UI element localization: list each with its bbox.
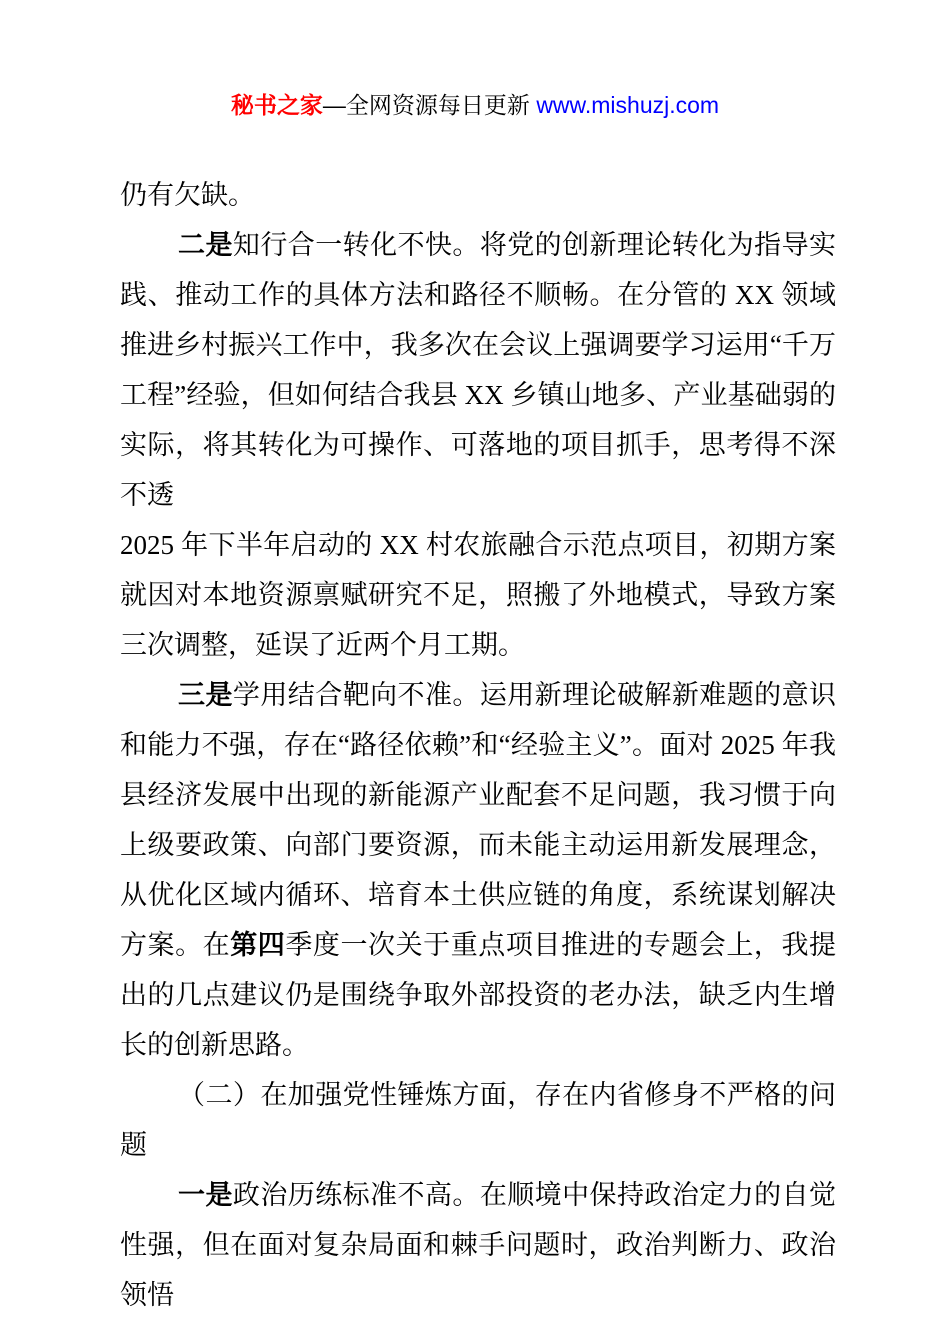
text-run: 2025 年下半年启动的 XX 村农旅融合示范点项目，初期方案就因对本地资源禀赋… [120,530,836,660]
paragraph: 仍有欠缺。 [120,170,836,220]
text-run: 第四 [230,930,285,960]
text-run: 知行合一转化不快。将党的创新理论转化为指导实践、推动工作的具体方法和路径不顺畅。… [120,230,836,510]
paragraph: （二）在加强党性锤炼方面，存在内省修身不严格的问题 [120,1070,836,1170]
paragraph: 一是政治历练标准不高。在顺境中保持政治定力的自觉性强，但在面对复杂局面和棘手问题… [120,1170,836,1320]
text-run: 二是 [178,230,233,260]
paragraph: 三是学用结合靶向不准。运用新理论破解新难题的意识和能力不强，存在“路径依赖”和“… [120,670,836,1070]
site-url-link[interactable]: www.mishuzj.com [536,92,719,118]
text-run: （二）在加强党性锤炼方面，存在内省修身不严格的问题 [120,1080,836,1160]
site-tagline: —全网资源每日更新 [323,92,536,118]
document-body: 仍有欠缺。二是知行合一转化不快。将党的创新理论转化为指导实践、推动工作的具体方法… [120,170,836,1320]
paragraph: 二是知行合一转化不快。将党的创新理论转化为指导实践、推动工作的具体方法和路径不顺… [120,220,836,520]
document-page: 秘书之家—全网资源每日更新 www.mishuzj.com 仍有欠缺。二是知行合… [0,0,950,1344]
text-run: 三是 [178,680,233,710]
page-header: 秘书之家—全网资源每日更新 www.mishuzj.com [0,0,950,122]
text-run: 一是 [178,1180,233,1210]
site-name: 秘书之家 [231,92,323,118]
text-run: 学用结合靶向不准。运用新理论破解新难题的意识和能力不强，存在“路径依赖”和“经验… [120,680,836,960]
text-run: 仍有欠缺。 [120,180,255,210]
paragraph: 2025 年下半年启动的 XX 村农旅融合示范点项目，初期方案就因对本地资源禀赋… [120,520,836,670]
